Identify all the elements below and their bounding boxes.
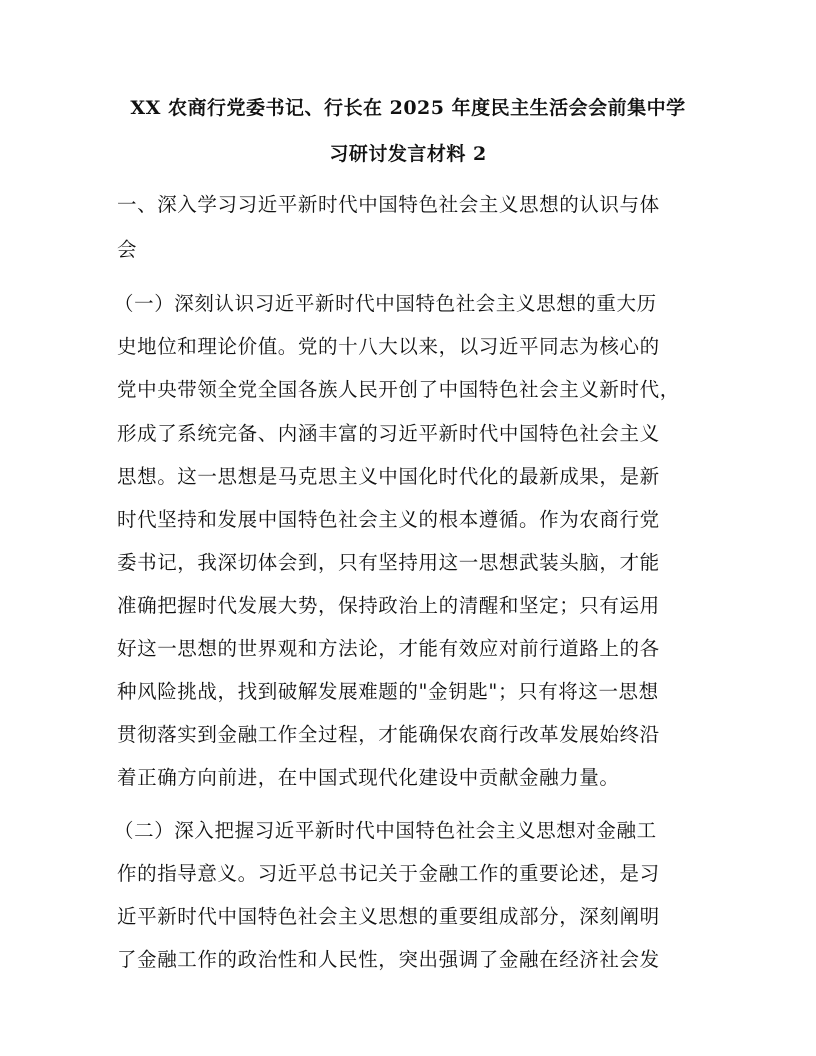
document-title-line-1: XX 农商行党委书记、行长在 2025 年度民主生活会会前集中学	[112, 97, 704, 119]
paragraph-2-line-3: 近平新时代中国特色社会主义思想的重要组成部分，深刻阐明	[117, 905, 707, 929]
paragraph-1-line-6: 时代坚持和发展中国特色社会主义的根本遵循。作为农商行党	[117, 508, 707, 532]
section-heading-line-2: 会	[117, 238, 707, 262]
paragraph-1-line-4: 形成了系统完备、内涵丰富的习近平新时代中国特色社会主义	[117, 422, 707, 446]
paragraph-1-line-3: 党中央带领全党全国各族人民开创了中国特色社会主义新时代，	[117, 378, 707, 402]
paragraph-1-line-7: 委书记，我深切体会到，只有坚持用这一思想武装头脑，才能	[117, 551, 707, 575]
paragraph-1-line-12: 着正确方向前进，在中国式现代化建设中贡献金融力量。	[117, 766, 707, 790]
paragraph-1-line-1: （一）深刻认识习近平新时代中国特色社会主义思想的重大历	[114, 292, 704, 316]
paragraph-1-line-5: 思想。这一思想是马克思主义中国化时代化的最新成果，是新	[117, 465, 707, 489]
paragraph-1-line-8: 准确把握时代发展大势，保持政治上的清醒和坚定；只有运用	[117, 594, 707, 618]
paragraph-1-line-2: 史地位和理论价值。党的十八大以来，以习近平同志为核心的	[117, 335, 707, 359]
document-title-line-2: 习研讨发言材料 2	[112, 143, 704, 165]
paragraph-2-line-2: 作的指导意义。习近平总书记关于金融工作的重要论述，是习	[117, 862, 707, 886]
paragraph-1-line-9: 好这一思想的世界观和方法论，才能有效应对前行道路上的各	[117, 637, 707, 661]
paragraph-2-line-1: （二）深入把握习近平新时代中国特色社会主义思想对金融工	[114, 819, 704, 843]
paragraph-1-line-11: 贯彻落实到金融工作全过程，才能确保农商行改革发展始终沿	[117, 723, 707, 747]
paragraph-2-line-4: 了金融工作的政治性和人民性，突出强调了金融在经济社会发	[117, 948, 707, 972]
document-page: XX 农商行党委书记、行长在 2025 年度民主生活会会前集中学 习研讨发言材料…	[0, 0, 816, 1056]
paragraph-1-line-10: 种风险挑战，找到破解发展难题的"金钥匙"；只有将这一思想	[117, 680, 707, 704]
section-heading-line-1: 一、深入学习习近平新时代中国特色社会主义思想的认识与体	[117, 193, 707, 217]
